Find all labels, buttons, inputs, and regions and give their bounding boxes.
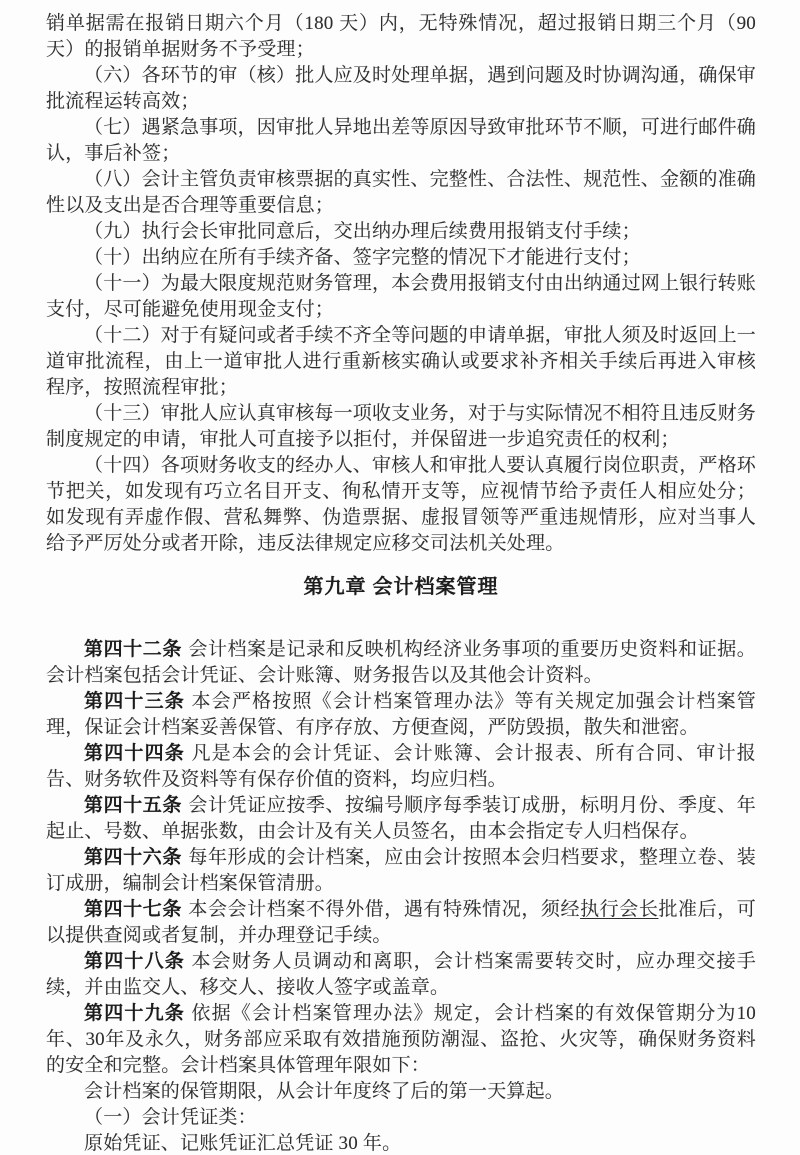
article-46: 第四十六条每年形成的会计档案，应由会计按照本会归档要求，整理立卷、装订成册，编制… — [46, 845, 756, 897]
article-text: 本会会计档案不得外借，遇有特殊情况，须经 — [188, 899, 580, 920]
clause-11: （十一）为最大限度规范财务管理，本会费用报销支付由出纳通过网上银行转账支付，尽可… — [46, 271, 756, 323]
article-number: 第四十八条 — [84, 951, 185, 972]
document-page: 销单据需在报销日期六个月（180 天）内，无特殊情况，超过报销日期三个月（90 … — [0, 0, 800, 1155]
paragraph-continuation: 销单据需在报销日期六个月（180 天）内，无特殊情况，超过报销日期三个月（90 … — [46, 11, 756, 63]
retention-period-note: 会计档案的保管期限，从会计年度终了后的第一天算起。 — [46, 1079, 756, 1105]
clause-8: （八）会计主管负责审核票据的真实性、完整性、合法性、规范性、金额的准确性以及支出… — [46, 167, 756, 219]
article-number: 第四十四条 — [84, 743, 185, 764]
article-43: 第四十三条本会严格按照《会计档案管理办法》等有关规定加强会计档案管理，保证会计档… — [46, 689, 756, 741]
article-45: 第四十五条会计凭证应按季、按编号顺序每季装订成册，标明月份、季度、年起止、号数、… — [46, 793, 756, 845]
article-number: 第四十六条 — [84, 847, 182, 868]
chapter-heading: 第九章 会计档案管理 — [46, 574, 756, 600]
article-44: 第四十四条凡是本会的会计凭证、会计账簿、会计报表、所有合同、审计报告、财务软件及… — [46, 741, 756, 793]
article-48: 第四十八条本会财务人员调动和离职，会计档案需要转交时，应办理交接手续，并由监交人… — [46, 949, 756, 1001]
voucher-retention-line: 原始凭证、记账凭证汇总凭证 30 年。 — [46, 1131, 756, 1155]
article-47: 第四十七条本会会计档案不得外借，遇有特殊情况，须经执行会长批准后，可以提供查阅或… — [46, 897, 756, 949]
underlined-term: 执行会长 — [580, 899, 658, 920]
article-49: 第四十九条依据《会计档案管理办法》规定，会计档案的有效保管期分为10年、30年及… — [46, 1001, 756, 1079]
clause-7: （七）遇紧急事项，因审批人异地出差等原因导致审批环节不顺，可进行邮件确认，事后补… — [46, 115, 756, 167]
clause-12: （十二）对于有疑问或者手续不齐全等问题的申请单据，审批人须及时返回上一道审批流程… — [46, 323, 756, 401]
document-content: 销单据需在报销日期六个月（180 天）内，无特殊情况，超过报销日期三个月（90 … — [0, 0, 800, 1155]
clause-14: （十四）各项财务收支的经办人、审核人和审批人要认真履行岗位职责，严格环节把关，如… — [46, 453, 756, 557]
article-number: 第四十三条 — [84, 691, 185, 712]
article-42: 第四十二条会计档案是记录和反映机构经济业务事项的重要历史资料和证据。会计档案包括… — [46, 637, 756, 689]
article-number: 第四十九条 — [84, 1003, 185, 1024]
article-number: 第四十五条 — [84, 795, 182, 816]
article-number: 第四十七条 — [84, 899, 182, 920]
category-voucher-heading: （一）会计凭证类： — [46, 1105, 756, 1131]
clause-9: （九）执行会长审批同意后，交出纳办理后续费用报销支付手续； — [46, 219, 756, 245]
clause-13: （十三）审批人应认真审核每一项收支业务，对于与实际情况不相符且违反财务制度规定的… — [46, 401, 756, 453]
article-number: 第四十二条 — [84, 639, 182, 660]
clause-6: （六）各环节的审（核）批人应及时处理单据，遇到问题及时协调沟通，确保审批流程运转… — [46, 63, 756, 115]
clause-10: （十）出纳应在所有手续齐备、签字完整的情况下才能进行支付； — [46, 245, 756, 271]
